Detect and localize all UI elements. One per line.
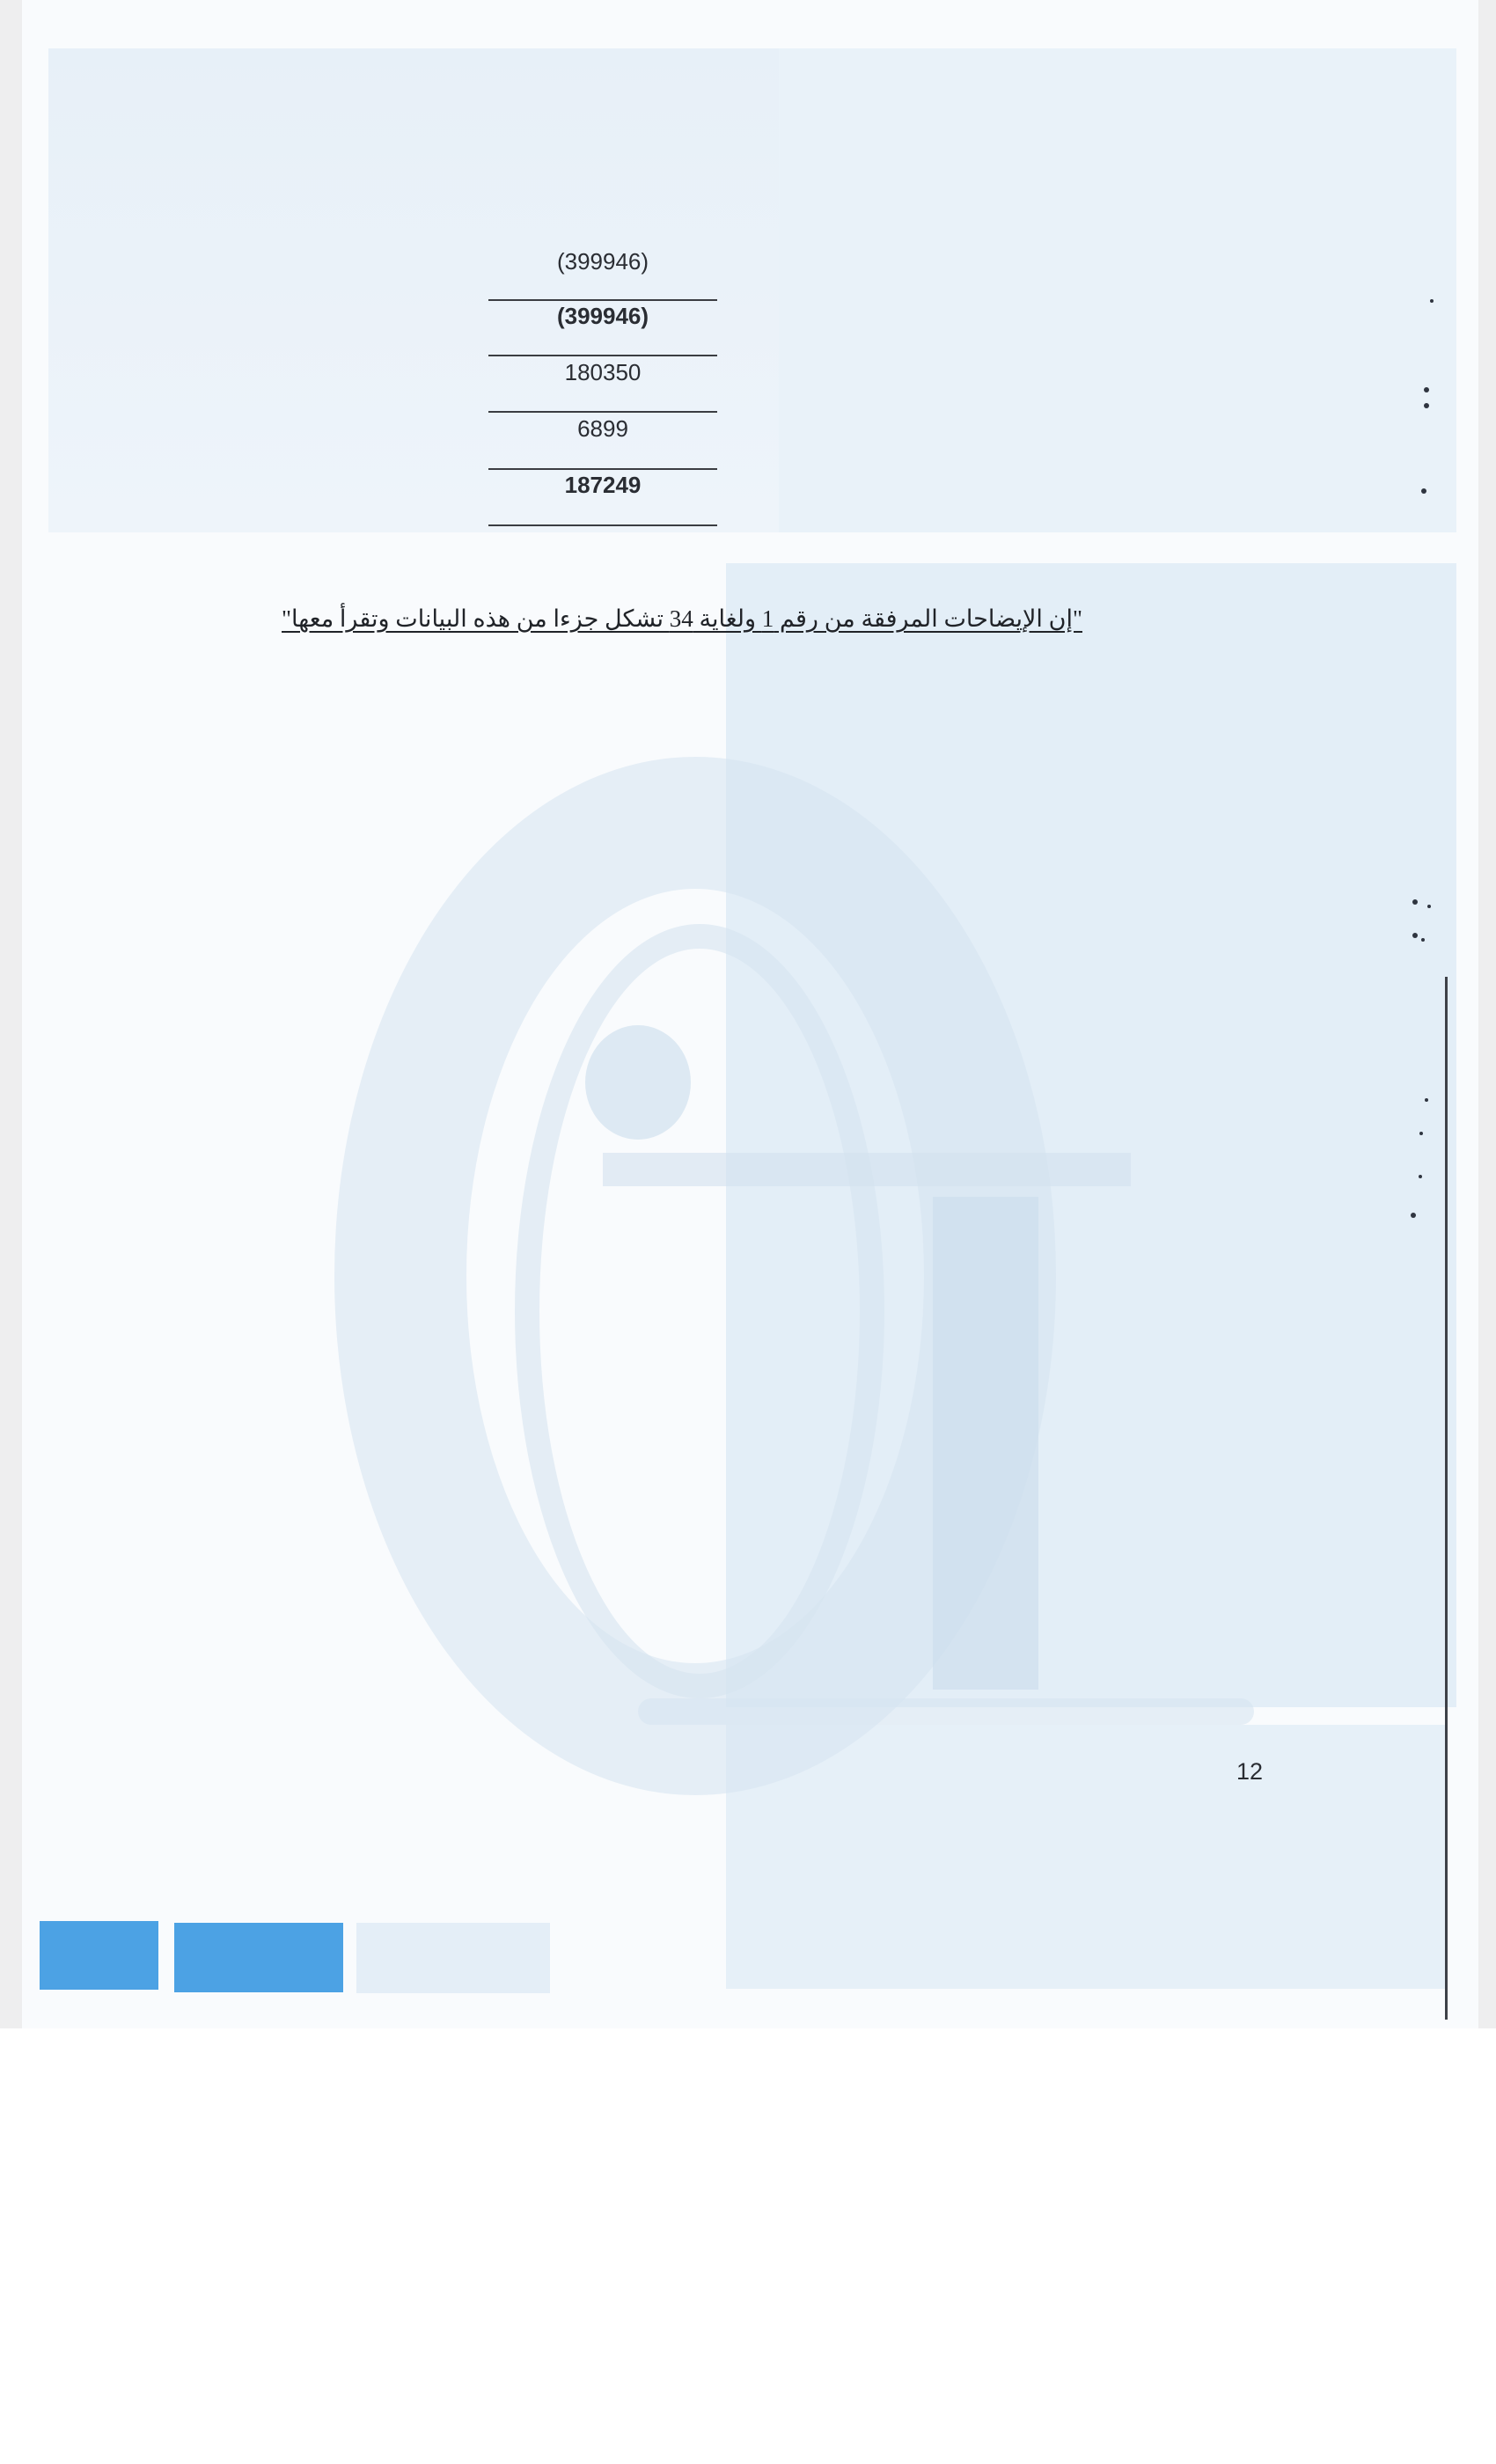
footer-blue-block bbox=[174, 1923, 343, 1992]
right-margin-rule bbox=[1445, 977, 1448, 2020]
scan-speck bbox=[1419, 1132, 1423, 1135]
scan-speck bbox=[1430, 299, 1434, 303]
scan-speck bbox=[1424, 387, 1429, 392]
scan-speck bbox=[1424, 403, 1429, 408]
row-value-cash-beginning-of-year: 6899 bbox=[488, 415, 717, 443]
footnote: "إن الإيضاحات المرفقة من رقم 1 ولغاية 34… bbox=[422, 605, 1082, 633]
table-rule bbox=[488, 355, 717, 356]
row-value-purchase-fixed-assets: (399946) bbox=[488, 248, 717, 275]
row-value-net-investing-cash-flow: (399946) bbox=[488, 303, 717, 330]
watermark-panel bbox=[779, 48, 1456, 532]
scan-speck bbox=[1411, 1213, 1416, 1218]
footer-blue-block bbox=[40, 1921, 158, 1990]
row-value-cash-end-of-year: 187249 bbox=[488, 472, 717, 499]
scan-speck bbox=[1421, 488, 1426, 494]
table-rule bbox=[488, 468, 717, 470]
watermark-panel bbox=[726, 1725, 1448, 1989]
page-number: 12 bbox=[1236, 1758, 1263, 1786]
watermark-logo-dot bbox=[585, 1025, 691, 1140]
watermark-logo-inner-ring bbox=[515, 924, 884, 1698]
scan-speck bbox=[1425, 1098, 1428, 1102]
watermark-panel bbox=[48, 48, 801, 532]
watermark-logo-bar bbox=[603, 1153, 1131, 1186]
document-page: شراء موجودات ثابتة (399946) صافي التدفقا… bbox=[22, 0, 1478, 2028]
table-rule bbox=[488, 299, 717, 301]
table-rule bbox=[488, 411, 717, 413]
scan-speck bbox=[1412, 899, 1418, 905]
table-rule bbox=[488, 524, 717, 526]
scan-speck bbox=[1421, 938, 1425, 942]
footer-faint-block bbox=[356, 1923, 550, 1993]
watermark-logo-base bbox=[638, 1698, 1254, 1725]
watermark-logo-stem bbox=[933, 1197, 1038, 1690]
row-value-net-cash-increase: 180350 bbox=[488, 359, 717, 386]
scan-speck bbox=[1412, 933, 1418, 938]
scan-speck bbox=[1427, 905, 1431, 908]
scan-speck bbox=[1419, 1175, 1422, 1178]
